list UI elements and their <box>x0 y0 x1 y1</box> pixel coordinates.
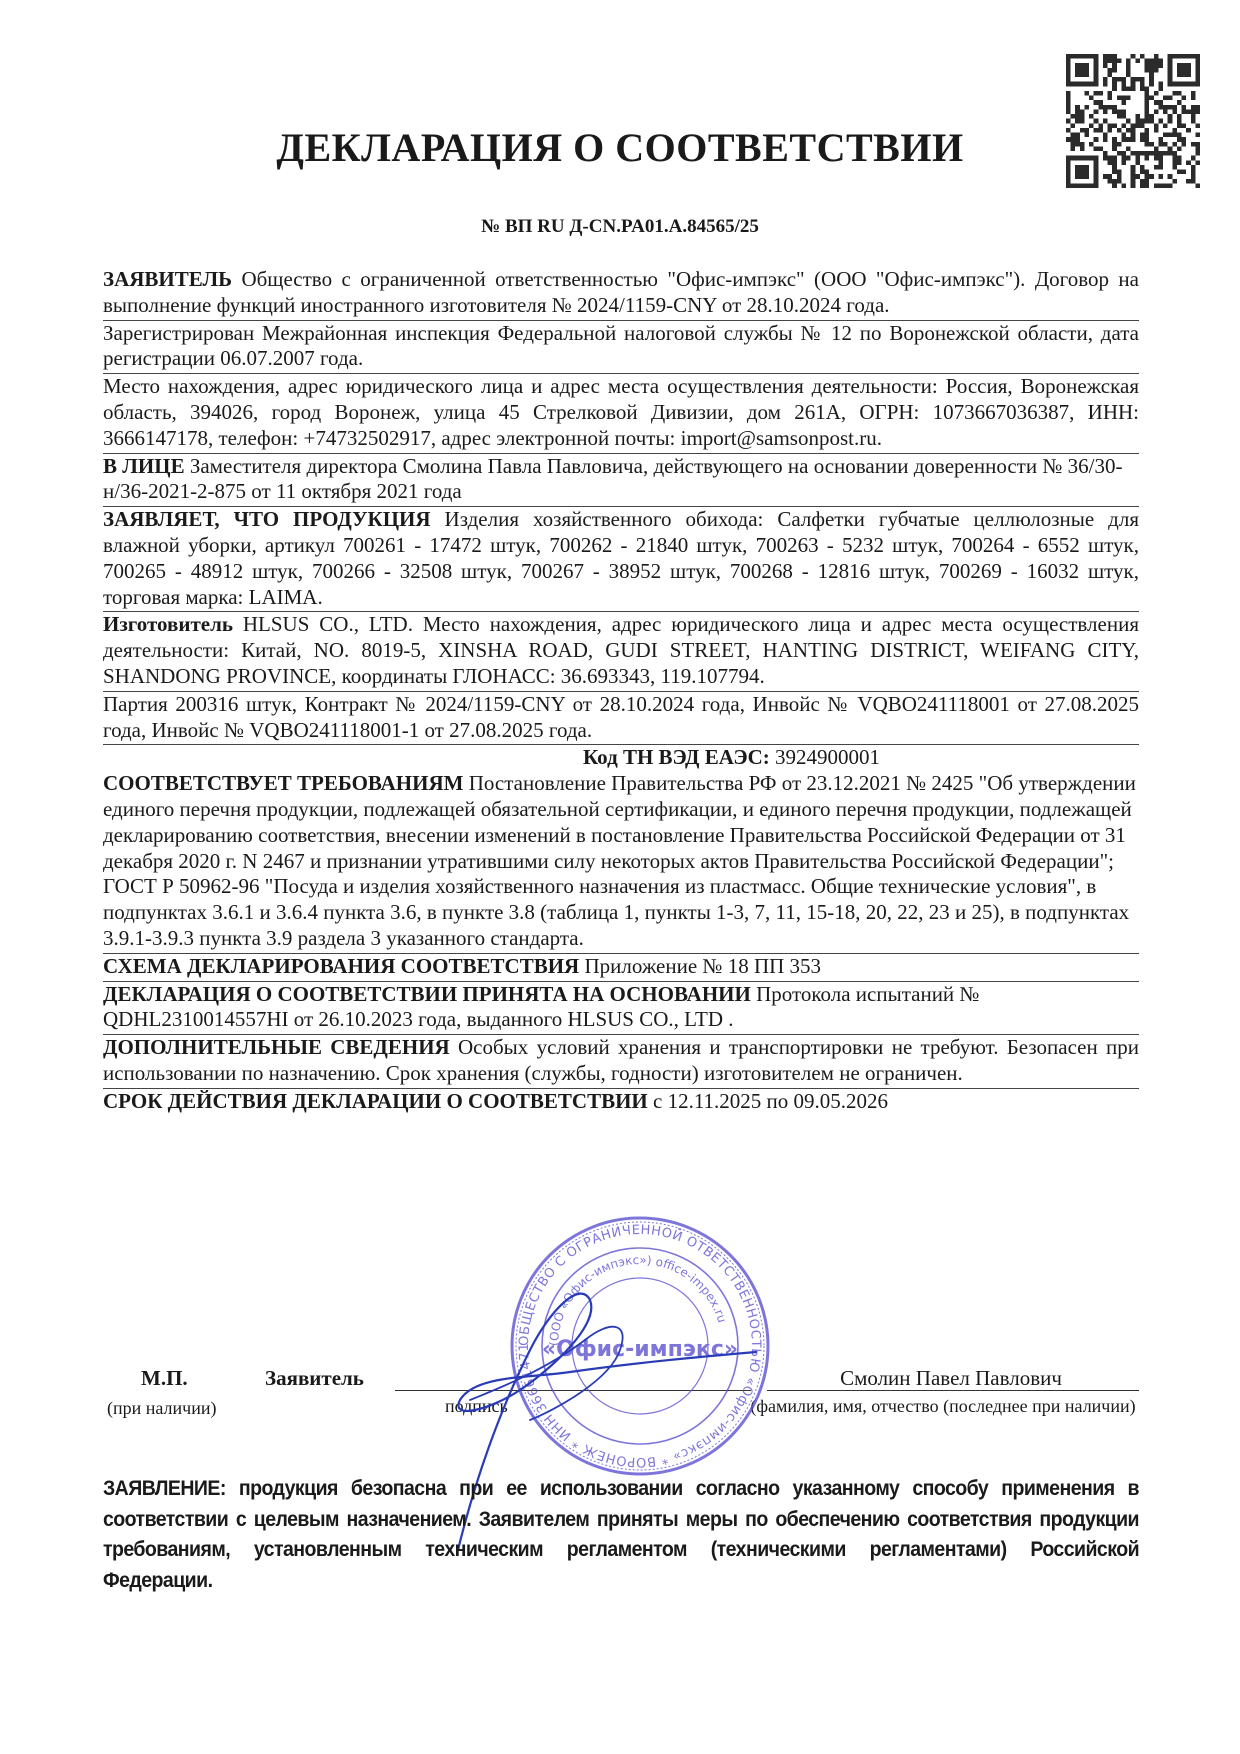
svg-text:(ООО «Офис-импэкс») office-imp: (ООО «Офис-импэкс») office-impex.ru <box>547 1253 729 1346</box>
document-title: ДЕКЛАРАЦИЯ О СООТВЕТСТВИИ <box>0 124 1240 171</box>
scheme-section: СХЕМА ДЕКЛАРИРОВАНИЯ СООТВЕТСТВИЯ Прилож… <box>103 954 1139 982</box>
represented-by-label: В ЛИЦЕ <box>103 454 185 478</box>
stamp-center-text: «Офис-импэкс» <box>542 1337 738 1362</box>
batch-text: Партия 200316 штук, Контракт № 2024/1159… <box>103 692 1139 742</box>
stamp-inner-text: (ООО «Офис-импэкс») office-impex.ru <box>547 1253 729 1346</box>
declaration-page: ДЕКЛАРАЦИЯ О СООТВЕТСТВИИ № ВП RU Д-CN.P… <box>0 0 1240 1754</box>
conforms-label: СООТВЕТСТВУЕТ ТРЕБОВАНИЯМ <box>103 771 463 795</box>
safety-statement: ЗАЯВЛЕНИЕ: продукция безопасна при ее ис… <box>103 1474 1139 1596</box>
scheme-label: СХЕМА ДЕКЛАРИРОВАНИЯ СООТВЕТСТВИЯ <box>103 954 579 978</box>
applicant-label: ЗАЯВИТЕЛЬ <box>103 267 232 291</box>
product-label: ЗАЯВЛЯЕТ, ЧТО ПРОДУКЦИЯ <box>103 507 431 531</box>
signature-block: М.П. (при наличии) Заявитель подпись Смо… <box>103 1362 1139 1432</box>
seal-place-note: (при наличии) <box>107 1398 216 1419</box>
validity-label: СРОК ДЕЙСТВИЯ ДЕКЛАРАЦИИ О СООТВЕТСТВИИ <box>103 1089 648 1113</box>
name-line <box>767 1390 1139 1391</box>
signer-name: Смолин Павел Павлович <box>763 1366 1139 1391</box>
seal-place-label: М.П. <box>141 1366 188 1391</box>
tn-ved-label: Код ТН ВЭД ЕАЭС: <box>583 745 770 769</box>
applicant-section: ЗАЯВИТЕЛЬ Общество с ограниченной ответс… <box>103 267 1139 321</box>
registration-text: Зарегистрирован Межрайонная инспекция Фе… <box>103 321 1139 371</box>
declaration-body: ЗАЯВИТЕЛЬ Общество с ограниченной ответс… <box>103 267 1139 1115</box>
validity-text: с 12.11.2025 по 09.05.2026 <box>648 1089 888 1113</box>
conforms-section: СООТВЕТСТВУЕТ ТРЕБОВАНИЯМ Постановление … <box>103 771 1139 954</box>
represented-by-section: В ЛИЦЕ Заместителя директора Смолина Пав… <box>103 454 1139 508</box>
validity-section: СРОК ДЕЙСТВИЯ ДЕКЛАРАЦИИ О СООТВЕТСТВИИ … <box>103 1089 1139 1115</box>
signature-caption: подпись <box>445 1396 508 1417</box>
registration-section: Зарегистрирован Межрайонная инспекция Фе… <box>103 321 1139 375</box>
applicant-text: Общество с ограниченной ответственностью… <box>103 267 1139 317</box>
manufacturer-section: Изготовитель HLSUS CO., LTD. Место нахож… <box>103 612 1139 691</box>
additional-label: ДОПОЛНИТЕЛЬНЫЕ СВЕДЕНИЯ <box>103 1035 450 1059</box>
applicant-signature-label: Заявитель <box>265 1366 364 1391</box>
conforms-text: Постановление Правительства РФ от 23.12.… <box>103 771 1136 950</box>
declaration-number: № ВП RU Д-CN.PA01.А.84565/25 <box>0 216 1240 238</box>
company-stamp-icon: ОБЩЕСТВО С ОГРАНИЧЕННОЙ ОТВЕТСТВЕННОСТЬЮ… <box>508 1214 772 1478</box>
basis-section: ДЕКЛАРАЦИЯ О СООТВЕТСТВИИ ПРИНЯТА НА ОСН… <box>103 982 1139 1036</box>
address-text: Место нахождения, адрес юридического лиц… <box>103 374 1139 450</box>
signature-line <box>395 1390 751 1391</box>
product-section: ЗАЯВЛЯЕТ, ЧТО ПРОДУКЦИЯ Изделия хозяйств… <box>103 507 1139 612</box>
address-section: Место нахождения, адрес юридического лиц… <box>103 374 1139 453</box>
scheme-text: Приложение № 18 ПП 353 <box>579 954 821 978</box>
name-caption: (фамилия, имя, отчество (последнее при н… <box>663 1396 1223 1417</box>
tn-ved-section: Код ТН ВЭД ЕАЭС: 3924900001 <box>103 745 1139 771</box>
additional-section: ДОПОЛНИТЕЛЬНЫЕ СВЕДЕНИЯ Особых условий х… <box>103 1035 1139 1089</box>
manufacturer-text: HLSUS CO., LTD. Место нахождения, адрес … <box>103 612 1139 688</box>
basis-label: ДЕКЛАРАЦИЯ О СООТВЕТСТВИИ ПРИНЯТА НА ОСН… <box>103 982 751 1006</box>
manufacturer-label: Изготовитель <box>103 612 233 636</box>
tn-ved-value: 3924900001 <box>770 745 880 769</box>
batch-section: Партия 200316 штук, Контракт № 2024/1159… <box>103 692 1139 746</box>
represented-by-text: Заместителя директора Смолина Павла Павл… <box>103 454 1122 504</box>
